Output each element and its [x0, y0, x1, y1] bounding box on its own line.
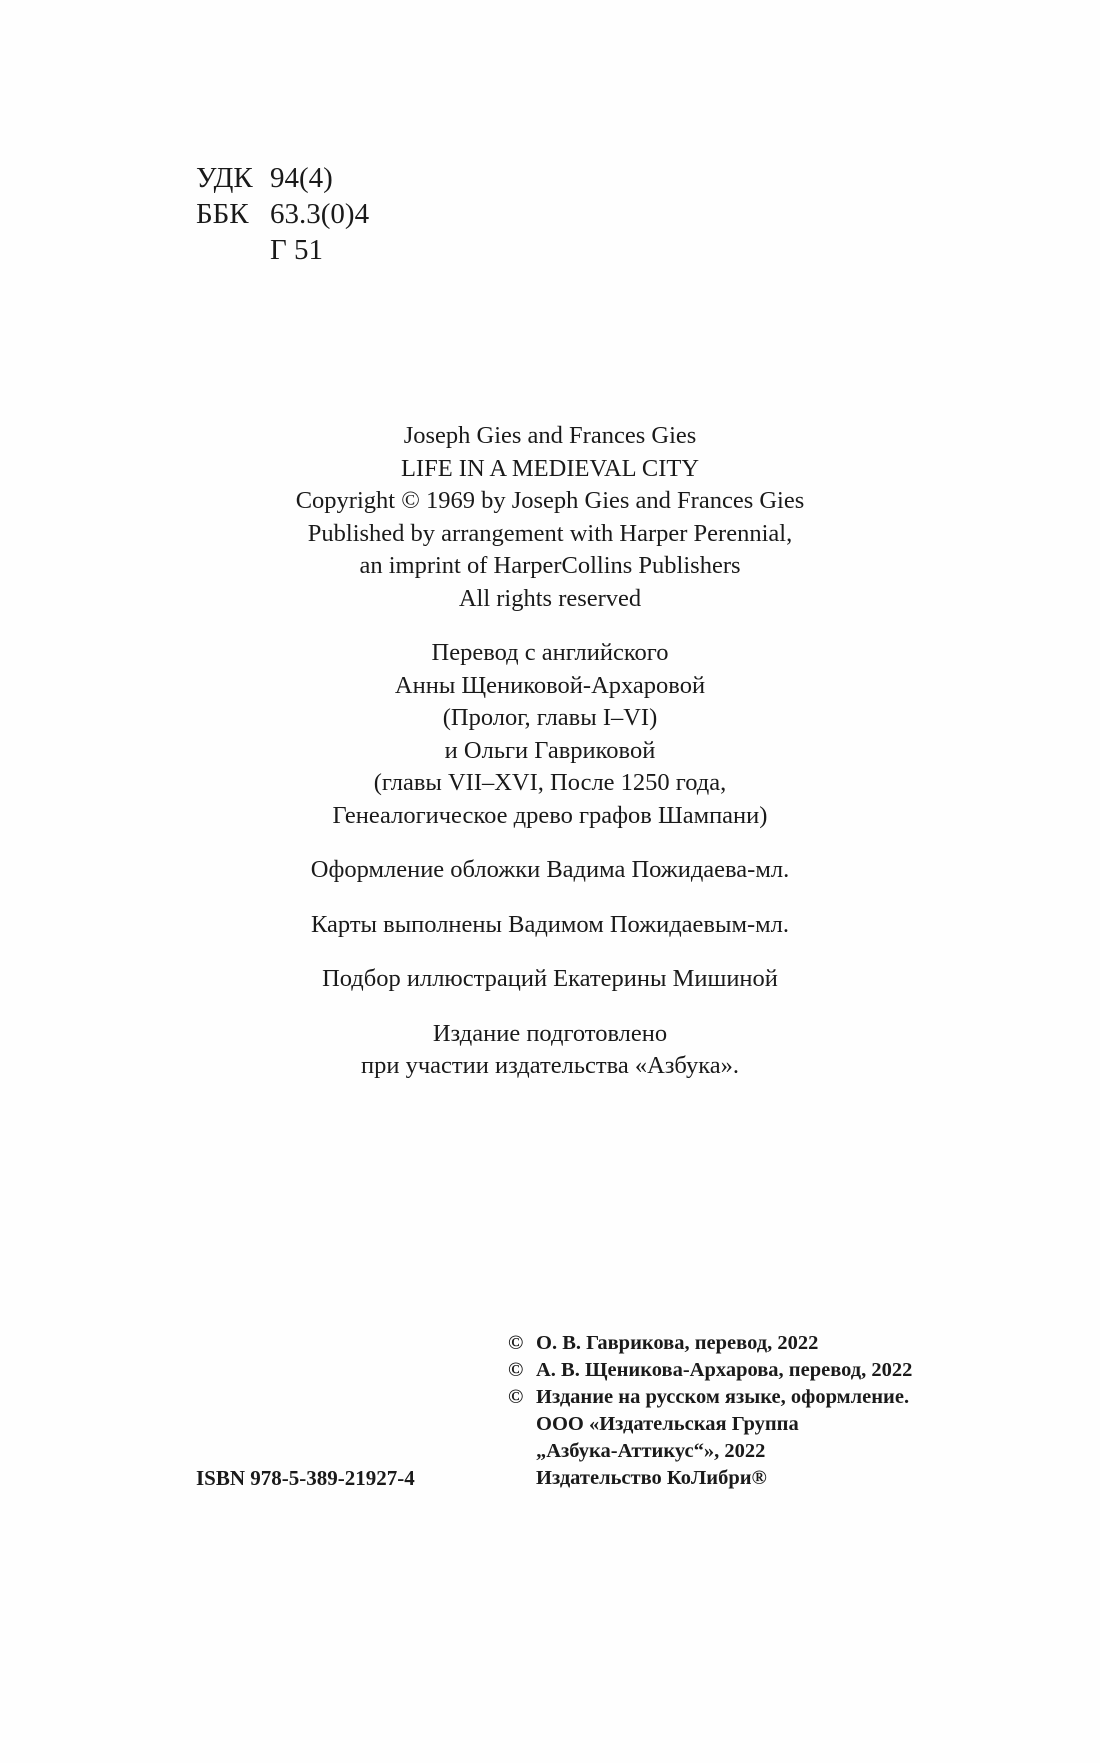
- original-arrangement: Published by arrangement with Harper Per…: [0, 518, 1100, 551]
- bbk-value: 63.3(0)4: [270, 196, 369, 232]
- translation-line: и Ольги Гавриковой: [0, 735, 1100, 768]
- illustrations-credit: Подбор иллюстраций Екатерины Мишиной: [0, 963, 1100, 996]
- publisher-line: „Азбука-Аттикус“», 2022: [508, 1438, 912, 1465]
- copyright-item: © А. В. Щеникова-Архарова, перевод, 2022: [508, 1357, 912, 1384]
- isbn: ISBN 978-5-389-21927-4: [196, 1466, 415, 1491]
- credits-section: Joseph Gies and Frances Gies LIFE IN A M…: [0, 420, 1100, 1083]
- translation-line: (главы VII–XVI, После 1250 года,: [0, 767, 1100, 800]
- translation-line: Анны Щениковой-Архаровой: [0, 670, 1100, 703]
- copyright-item: © О. В. Гаврикова, перевод, 2022: [508, 1330, 912, 1357]
- original-rights: All rights reserved: [0, 583, 1100, 616]
- translation-block: Перевод с английского Анны Щениковой-Арх…: [0, 637, 1100, 832]
- copyright-page: УДК 94(4) ББК 63.3(0)4 Г 51 Joseph Gies …: [0, 0, 1100, 1763]
- publisher-line: ООО «Издательская Группа: [508, 1411, 912, 1438]
- cover-design-credit: Оформление обложки Вадима Пожидаева-мл.: [0, 854, 1100, 887]
- copyright-icon: ©: [508, 1384, 536, 1411]
- copyright-notices: © О. В. Гаврикова, перевод, 2022 © А. В.…: [508, 1330, 912, 1492]
- publisher-line: Издательство КоЛибри®: [508, 1465, 912, 1492]
- udk-row: УДК 94(4): [196, 160, 369, 196]
- original-authors: Joseph Gies and Frances Gies: [0, 420, 1100, 453]
- udk-label: УДК: [196, 160, 270, 196]
- edition-note: Издание подготовлено при участии издател…: [0, 1018, 1100, 1083]
- original-imprint: an imprint of HarperCollins Publishers: [0, 550, 1100, 583]
- bbk-label: ББК: [196, 196, 270, 232]
- translation-line: (Пролог, главы I–VI): [0, 702, 1100, 735]
- original-title: LIFE IN A MEDIEVAL CITY: [0, 453, 1100, 486]
- author-mark: Г 51: [196, 232, 369, 268]
- copyright-icon: ©: [508, 1357, 536, 1384]
- original-edition-block: Joseph Gies and Frances Gies LIFE IN A M…: [0, 420, 1100, 615]
- edition-line: Издание подготовлено: [0, 1018, 1100, 1051]
- library-classification: УДК 94(4) ББК 63.3(0)4 Г 51: [196, 160, 369, 268]
- original-copyright: Copyright © 1969 by Joseph Gies and Fran…: [0, 485, 1100, 518]
- translation-line: Генеалогическое древо графов Шампани): [0, 800, 1100, 833]
- edition-line: при участии издательства «Азбука».: [0, 1050, 1100, 1083]
- udk-value: 94(4): [270, 160, 333, 196]
- copyright-item: © Издание на русском языке, оформление.: [508, 1384, 912, 1411]
- bbk-row: ББК 63.3(0)4: [196, 196, 369, 232]
- maps-credit: Карты выполнены Вадимом Пожидаевым-мл.: [0, 909, 1100, 942]
- copyright-icon: ©: [508, 1330, 536, 1357]
- translation-line: Перевод с английского: [0, 637, 1100, 670]
